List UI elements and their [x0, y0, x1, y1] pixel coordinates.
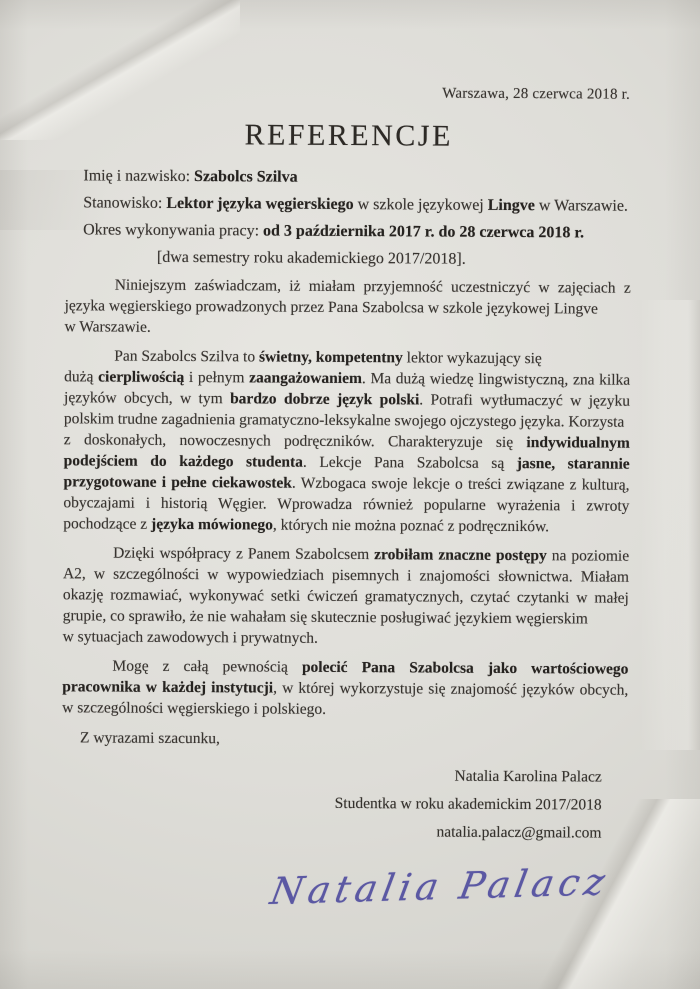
letter-content: Warszawa, 28 czerwca 2018 r. REFERENCJE … — [61, 82, 632, 902]
meta-position-line: Stanowisko: Lektor języka węgierskiego w… — [83, 193, 631, 215]
letter-meta: Imię i nazwisko: Szabolcs Szilva Stanowi… — [65, 166, 632, 269]
meta-period-line: Okres wykonywania pracy: od 3 październi… — [83, 220, 631, 242]
meta-name-line: Imię i nazwisko: Szabolcs Szilva — [83, 166, 631, 188]
paragraph-progress: Dzięki współpracy z Panem Szabolcsem zro… — [63, 542, 630, 650]
signatory-email: natalia.palacz@gmail.com — [61, 816, 601, 847]
signatory-role: Studentka w roku akademickim 2017/2018 — [62, 788, 602, 819]
signatory-name: Natalia Karolina Palacz — [62, 760, 602, 791]
scanned-letter-photo: Warszawa, 28 czerwca 2018 r. REFERENCJE … — [0, 0, 700, 989]
paragraph-introduction: Niniejszym zaświadczam, iż miałam przyje… — [64, 274, 630, 340]
meta-semesters-line: [dwa semestry roku akademickiego 2017/20… — [83, 247, 631, 269]
date-line: Warszawa, 28 czerwca 2018 r. — [66, 82, 632, 103]
closing-line: Z wyrazami szacunku, — [62, 727, 628, 751]
paragraph-recommendation: Mogę z całą pewnością polecić Pana Szabo… — [62, 655, 628, 721]
letter-title: REFERENCJE — [66, 116, 632, 155]
signature-block: Natalia Karolina Palacz Studentka w roku… — [61, 760, 628, 847]
paragraph-teacher-qualities: Pan Szabolcs Szilva to świetny, kompeten… — [63, 345, 630, 537]
handwritten-signature: Natalia Palacz — [57, 860, 631, 920]
paper-fold-right — [640, 300, 700, 750]
